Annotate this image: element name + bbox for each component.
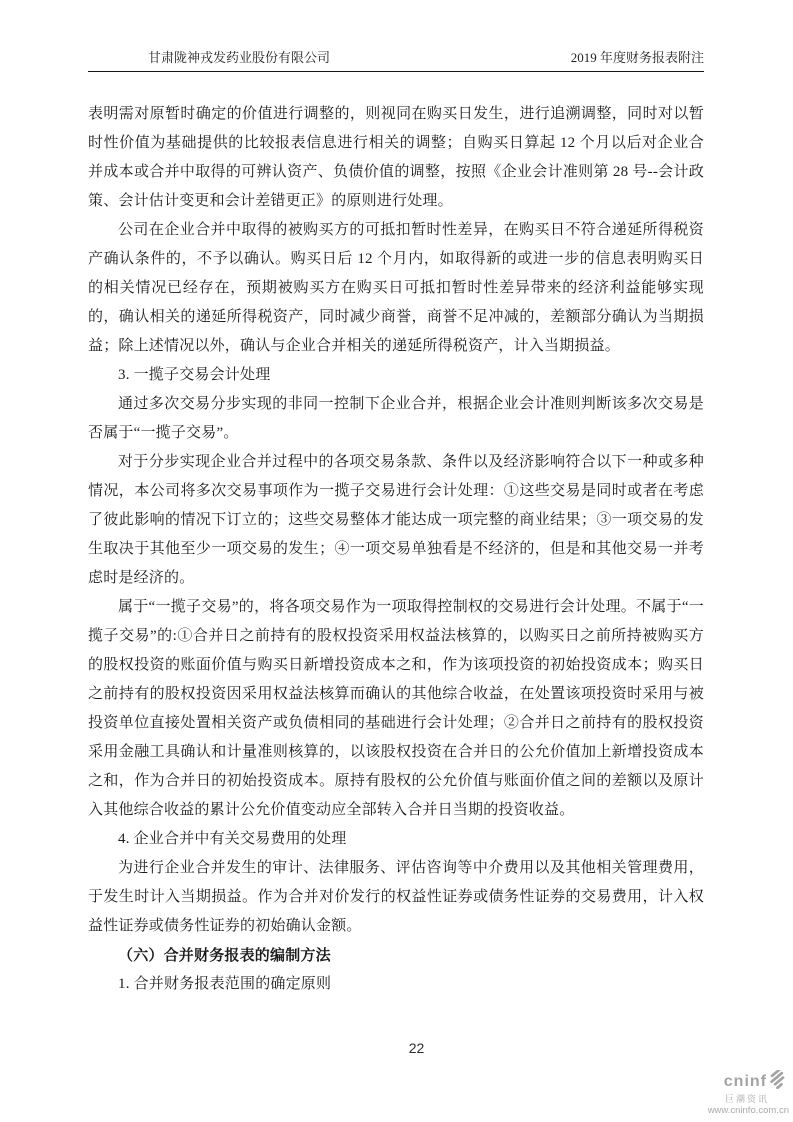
- body-paragraph: 通过多次交易分步实现的非同一控制下企业合并，根据企业会计准则判断该多次交易是否属…: [88, 390, 704, 448]
- company-name: 甘肃陇神戎发药业股份有限公司: [88, 49, 330, 66]
- body-paragraph: 公司在企业合并中取得的被购买方的可抵扣暂时性差异，在购买日不符合递延所得税资产确…: [88, 216, 704, 361]
- page-header: 甘肃陇神戎发药业股份有限公司 2019 年度财务报表附注: [88, 49, 704, 66]
- page-number: 22: [40, 1040, 793, 1056]
- body-paragraph: 对于分步实现企业合并过程中的各项交易条款、条件以及经济影响符合以下一种或多种情况…: [88, 448, 704, 593]
- cninfo-watermark: cninf 巨潮资讯 www.cninfo.com.cn: [708, 1070, 789, 1117]
- section-heading: （六）合并财务报表的编制方法: [88, 941, 704, 970]
- report-title: 2019 年度财务报表附注: [571, 49, 704, 66]
- numbered-subheading: 3. 一揽子交易会计处理: [88, 361, 704, 390]
- document-body: 表明需对原暂时确定的价值进行调整的，则视同在购买日发生，进行追溯调整，同时对以暂…: [88, 100, 704, 999]
- cninfo-caption: 巨潮资讯: [708, 1095, 789, 1105]
- cninfo-swirl-icon: [768, 1070, 789, 1094]
- numbered-subheading: 4. 企业合并中有关交易费用的处理: [88, 825, 704, 854]
- body-paragraph-continuation: 表明需对原暂时确定的价值进行调整的，则视同在购买日发生，进行追溯调整，同时对以暂…: [88, 100, 704, 216]
- body-paragraph: 为进行企业合并发生的审计、法律服务、评估咨询等中介费用以及其他相关管理费用，于发…: [88, 854, 704, 941]
- cninfo-wordmark: cninf: [724, 1073, 767, 1091]
- header-divider: [88, 71, 704, 72]
- numbered-subheading: 1. 合并财务报表范围的确定原则: [88, 970, 704, 999]
- cninfo-wordmark-row: cninf: [708, 1070, 789, 1094]
- document-page: 甘肃陇神戎发药业股份有限公司 2019 年度财务报表附注 表明需对原暂时确定的价…: [0, 0, 793, 1122]
- body-paragraph: 属于“一揽子交易”的，将各项交易作为一项取得控制权的交易进行会计处理。不属于“一…: [88, 593, 704, 825]
- cninfo-url: www.cninfo.com.cn: [708, 1106, 789, 1116]
